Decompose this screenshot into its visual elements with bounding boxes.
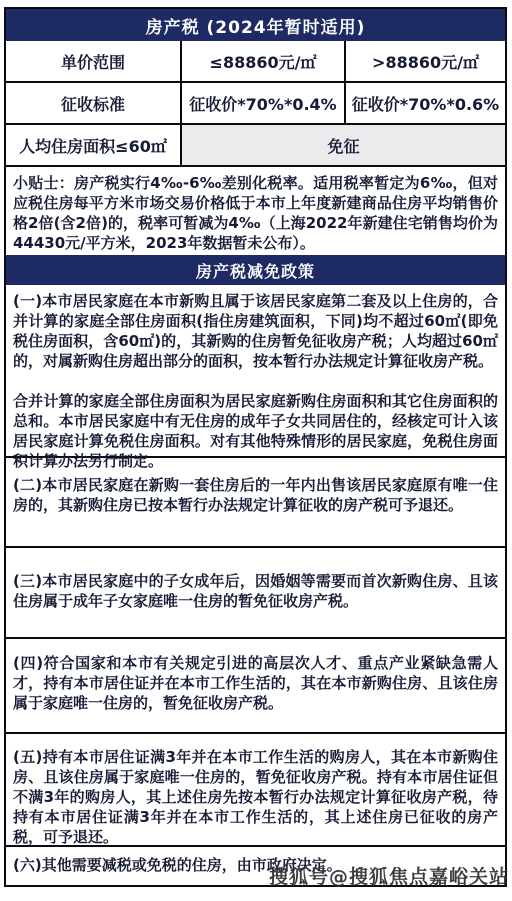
policy-item-4: (四)符合国家和本市有关规定引进的高层次人才、重点产业紧缺急需人才，持有本市居住…: [6, 637, 505, 732]
levy-standard-row: 征收标准 征收价*70%*0.4% 征收价*70%*0.6%: [6, 81, 505, 123]
tax-table-title-text: 房产税 (2024年暂时适用): [146, 13, 366, 38]
exemption-row: 人均住房面积≤60㎡ 免征: [6, 123, 505, 165]
tip-note-text: 小贴士：房产税实行4‰-6‰差别化税率。适用税率暂定为6‰，但对应税住房每平方米…: [13, 173, 498, 253]
property-tax-sheet: 房产税 (2024年暂时适用) 单价范围 ≤88860元/㎡ >88860元/㎡…: [4, 7, 507, 887]
levy-standard-high-tier: 征收价*70%*0.6%: [344, 83, 505, 123]
unit-price-label: 单价范围: [6, 41, 180, 81]
policy-section-header-text: 房产税减免政策: [196, 259, 315, 282]
unit-price-high-tier: >88860元/㎡: [344, 41, 505, 81]
policy-item-5: (五)持有本市居住证满3年并在本市工作生活的购房人，其在本市新购住房、且该住房属…: [6, 732, 505, 845]
policy-item-3: (三)本市居民家庭中的子女成年后，因婚姻等需要而首次新购住房、且该住房属于成年子…: [6, 546, 505, 637]
sohu-watermark: 搜狐号@搜狐焦点嘉峪关站: [269, 862, 509, 889]
policy-item-1-paragraph-1: (一)本市居民家庭在本市新购且属于该居民家庭第二套及以上住房的，合并计算的家庭全…: [13, 291, 498, 371]
policy-item-1: (一)本市居民家庭在本市新购且属于该居民家庭第二套及以上住房的，合并计算的家庭全…: [6, 285, 505, 456]
policy-section-header: 房产税减免政策: [6, 255, 505, 285]
policy-item-5-paragraph: (五)持有本市居住证满3年并在本市工作生活的购房人，其在本市新购住房、且该住房属…: [13, 747, 498, 847]
tip-note: 小贴士：房产税实行4‰-6‰差别化税率。适用税率暂定为6‰，但对应税住房每平方米…: [6, 165, 505, 255]
levy-standard-low-tier: 征收价*70%*0.4%: [180, 83, 344, 123]
levy-standard-label: 征收标准: [6, 83, 180, 123]
policy-item-3-paragraph: (三)本市居民家庭中的子女成年后，因婚姻等需要而首次新购住房、且该住房属于成年子…: [13, 571, 498, 611]
policy-item-4-paragraph: (四)符合国家和本市有关规定引进的高层次人才、重点产业紧缺急需人才，持有本市居住…: [13, 653, 498, 713]
unit-price-row: 单价范围 ≤88860元/㎡ >88860元/㎡: [6, 41, 505, 81]
unit-price-low-tier: ≤88860元/㎡: [180, 41, 344, 81]
exemption-label: 人均住房面积≤60㎡: [6, 125, 180, 165]
exemption-value: 免征: [180, 125, 505, 165]
policy-item-2-paragraph: (二)本市居民家庭在新购一套住房后的一年内出售该居民家庭原有唯一住房的，其新购住…: [13, 475, 498, 515]
tax-table-title: 房产税 (2024年暂时适用): [6, 9, 505, 41]
